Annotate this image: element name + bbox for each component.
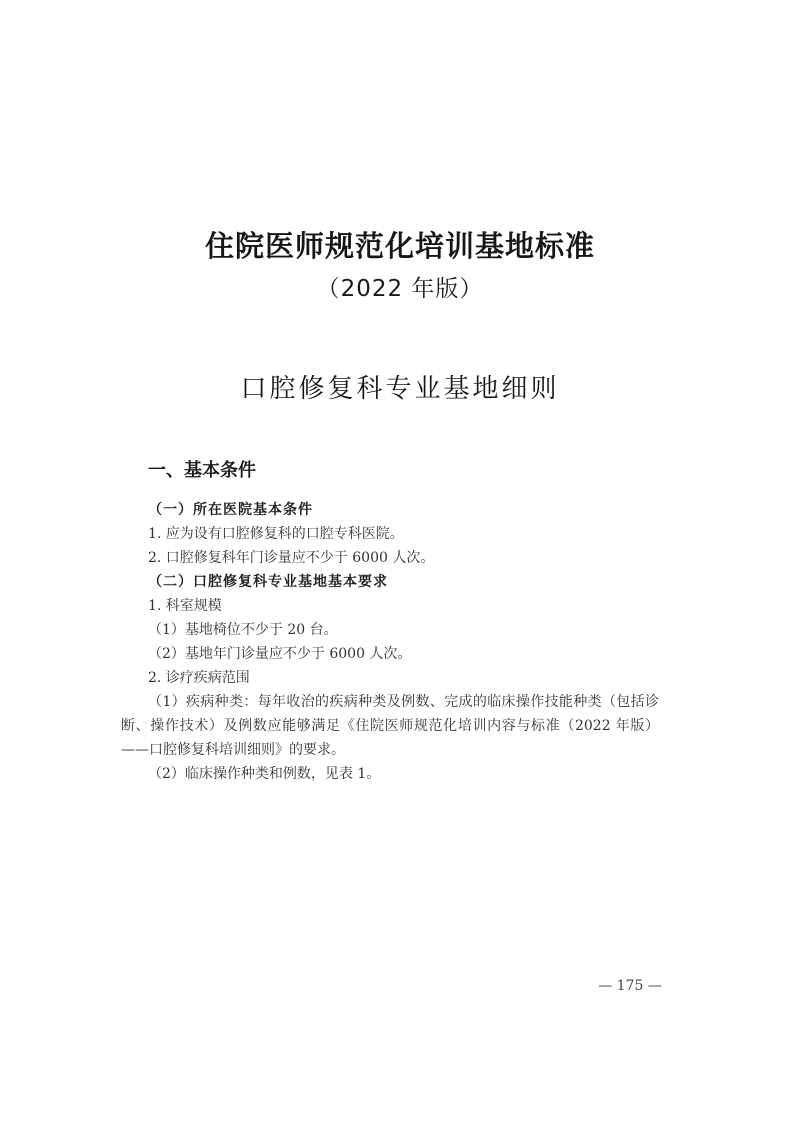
document-title: 住院医师规范化培训基地标准 [0,224,800,265]
list-item: （1）基地椅位不少于 20 台。 [148,618,658,642]
list-item: （2）基地年门诊量应不少于 6000 人次。 [148,642,658,666]
document-body: 一、基本条件 （一）所在医院基本条件 1. 应为设有口腔修复科的口腔专科医院。 … [148,458,658,786]
subsection-heading-hospital: （一）所在医院基本条件 [148,498,658,522]
subsection-heading-base-requirements: （二）口腔修复科专业基地基本要求 [148,570,658,594]
paragraph-disease-types: （1）疾病种类：每年收治的疾病种类及例数、完成的临床操作技能种类（包括诊断、操作… [121,690,659,762]
page-number: — 175 — [560,978,700,994]
item-label-department-scale: 1. 科室规模 [148,594,658,618]
section-title: 口腔修复科专业基地细则 [0,368,800,405]
document-page: 住院医师规范化培训基地标准 （2022 年版） 口腔修复科专业基地细则 一、基本… [0,0,800,1131]
list-item: （2）临床操作种类和例数，见表 1。 [148,762,658,786]
heading-basic-conditions: 一、基本条件 [148,458,658,484]
list-item: 2. 口腔修复科年门诊量应不少于 6000 人次。 [148,546,658,570]
item-label-disease-scope: 2. 诊疗疾病范围 [148,666,658,690]
document-subtitle: （2022 年版） [0,270,800,303]
list-item: 1. 应为设有口腔修复科的口腔专科医院。 [148,522,658,546]
